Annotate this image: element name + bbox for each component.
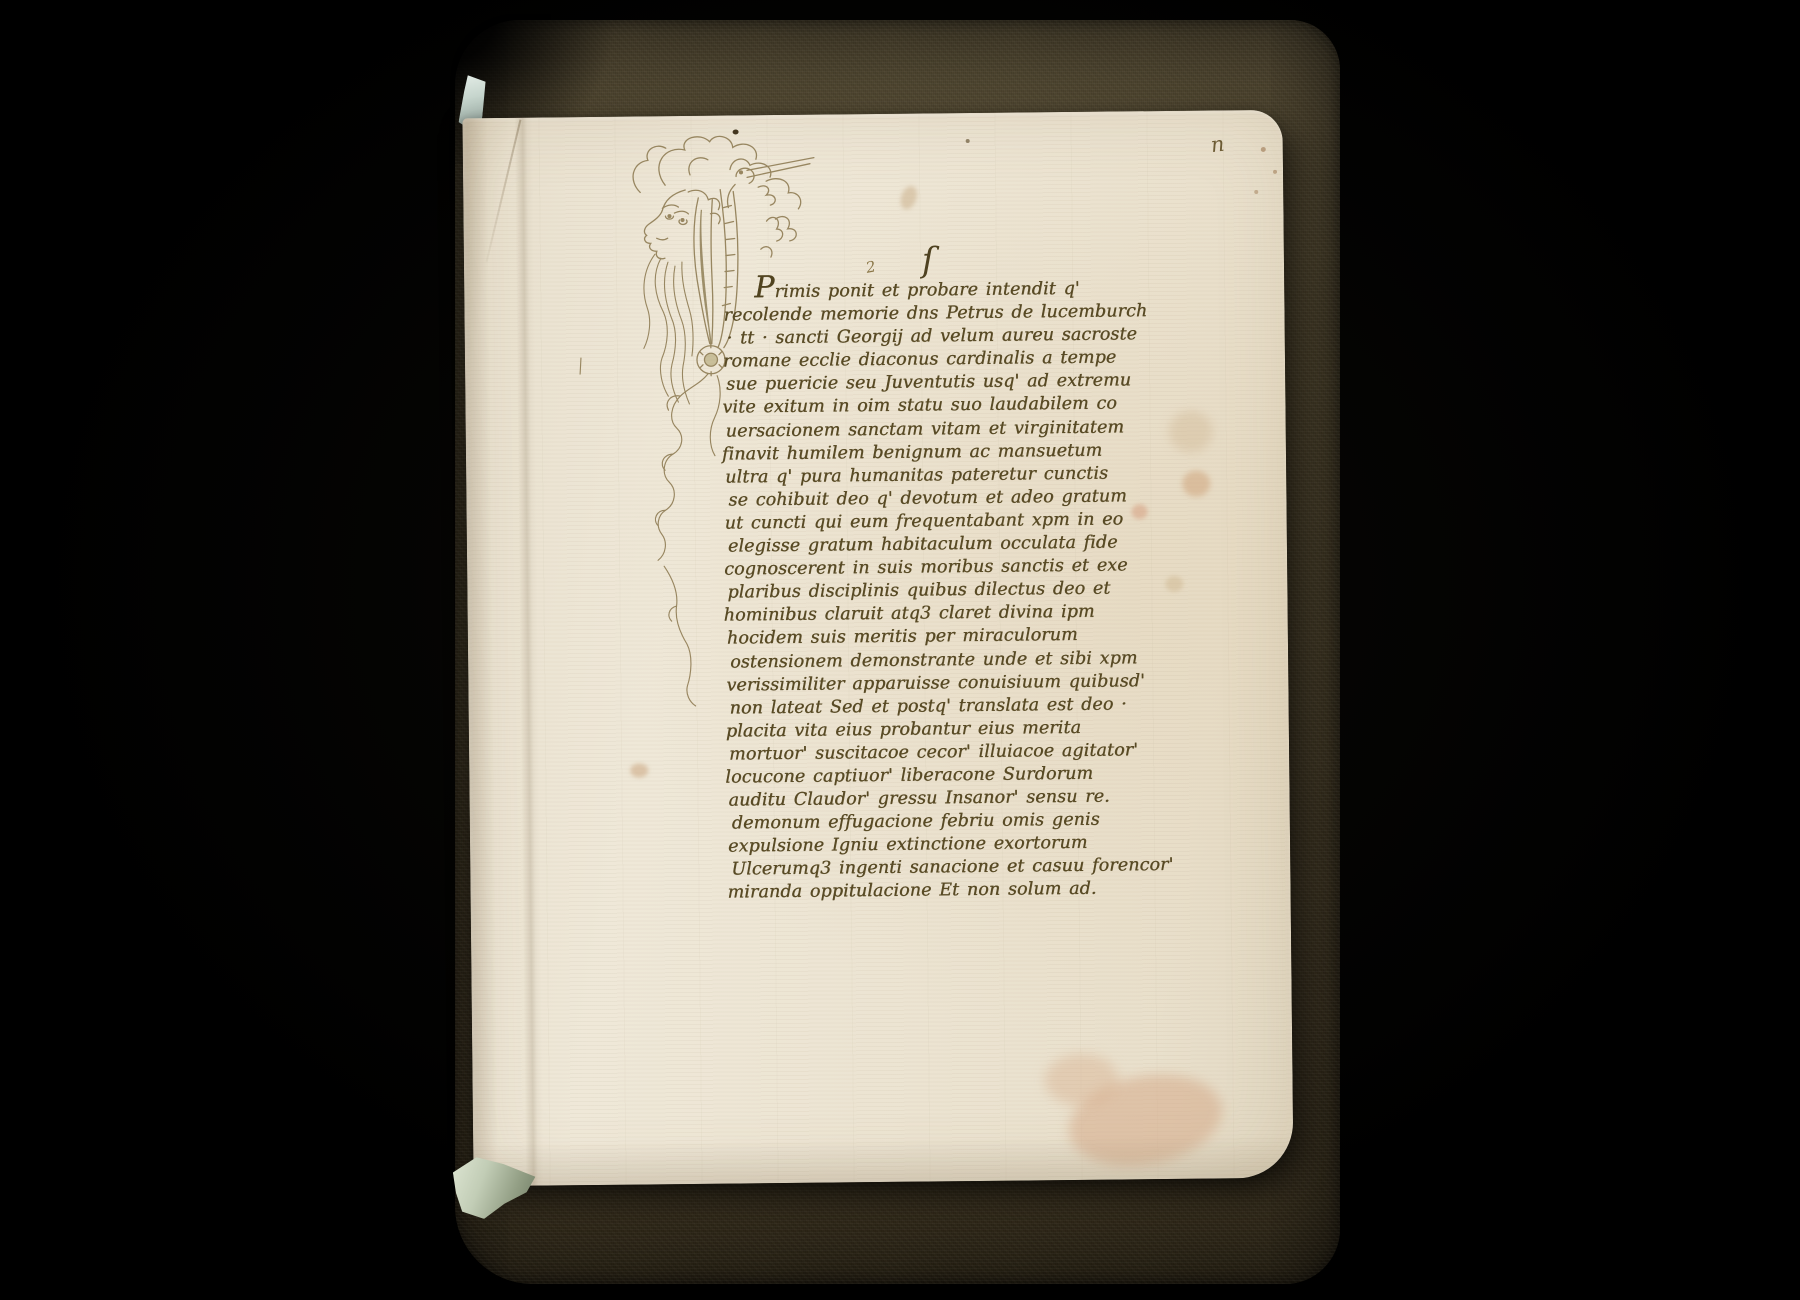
manuscript-line: plaribus disciplinis quibus dilectus deo… (727, 578, 1123, 605)
manuscript-page: n 2 ſ (462, 110, 1293, 1187)
manuscript-line: mortuor' suscitacoe cecor' illuiacoe agi… (729, 739, 1125, 766)
stain (898, 184, 920, 212)
manuscript-line: miranda oppitulacione Et non solum ad. (727, 878, 1126, 905)
roundel (697, 344, 725, 376)
stain (1169, 410, 1213, 452)
foxing-speck (1273, 170, 1277, 174)
stain (1182, 471, 1210, 497)
corner-crease (486, 119, 522, 261)
manuscript-line: non lateat Sed et postq' translata est d… (730, 693, 1125, 720)
initial-drawing-svg (570, 128, 846, 721)
ink-speck (733, 129, 739, 134)
foxing-speck (1254, 190, 1258, 194)
manuscript-line: romane ecclie diaconus cardinalis a temp… (723, 347, 1121, 374)
ink-speck (966, 139, 970, 143)
manuscript-line: elegisse gratum habitaculum occulata fid… (728, 531, 1123, 558)
flourish-curls-top (633, 136, 801, 243)
manuscript-line: verissimiliter apparuisse conuisiuum qui… (726, 670, 1124, 697)
stain (1132, 504, 1148, 519)
manuscript-line: placita vita eius probantur eius merita (726, 716, 1125, 743)
header-paraph-mark: ſ (922, 243, 935, 277)
grotesque-face (644, 190, 720, 259)
manuscript-line: sue puericie seu Juventutis usq' ad extr… (726, 370, 1121, 397)
gutter-crease (514, 118, 543, 1186)
folio-mark: n (1209, 132, 1225, 157)
manuscript-line: demonum effugacione febriu omis genis (732, 809, 1126, 836)
manuscript-line: Primis ponit et probare intendit q' (720, 277, 1120, 304)
header-numeral-mark: 2 (864, 257, 877, 276)
manuscript-line: Ulcerumq3 ingenti sanacione et casuu for… (731, 855, 1126, 882)
manuscript-line: ostensionem demonstrante unde et sibi xp… (730, 647, 1124, 674)
manuscript-line: finavit humilem benignum ac mansuetum (722, 439, 1122, 466)
manuscript-line: expulsione Igniu extinctione exortorum (728, 832, 1126, 859)
manuscript-line: hominibus claruit atq3 claret divina ipm (724, 601, 1124, 628)
manuscript-line: cognoscerent in suis moribus sanctis et … (724, 555, 1123, 582)
decorated-initial-drawing (570, 128, 846, 721)
manuscript-line: se cohibuit deo q' devotum et adeo gratu… (728, 485, 1122, 512)
teardrop-stem (693, 198, 713, 344)
stain (1044, 1054, 1119, 1107)
manuscript-line: recolende memorie dns Petrus de lucembur… (723, 301, 1120, 328)
manuscript-text-block: Primis ponit et probare intendit q'recol… (720, 277, 1127, 905)
flourish-column (580, 357, 723, 707)
foxing-speck (1261, 147, 1266, 152)
beard-strands (643, 254, 694, 405)
letter-stem-right (716, 189, 739, 347)
stain (630, 763, 648, 777)
bird-head (727, 158, 815, 258)
manuscript-line: hocidem suis meritis per miraculorum (727, 624, 1124, 651)
stain (1061, 1063, 1230, 1178)
manuscript-line: auditu Claudor' gressu Insanor' sensu re… (728, 785, 1125, 812)
manuscript-line: vite exitum in oim statu suo laudabilem … (722, 393, 1121, 420)
manuscript-line: ut cuncti qui eum frequentabant xpm in e… (725, 508, 1123, 535)
manuscript-line: locucone captiuor' liberacone Surdorum (725, 762, 1125, 789)
manuscript-line: uersacionem sanctam vitam et virginitate… (726, 416, 1122, 443)
manuscript-line: ultra q' pura humanitas pateretur cuncti… (725, 462, 1122, 489)
stain (1165, 576, 1183, 592)
manuscript-photo: n 2 ſ (0, 0, 1800, 1300)
manuscript-line: · tt · sancti Georgij ad velum aureu sac… (727, 324, 1121, 351)
